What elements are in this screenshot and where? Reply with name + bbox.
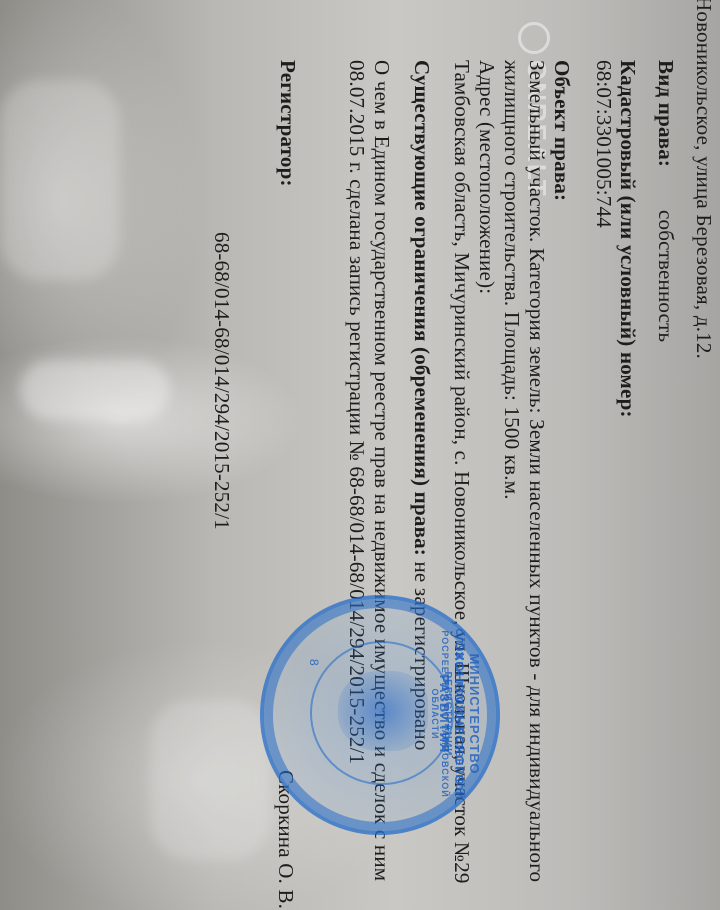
house-logo-icon	[518, 22, 550, 54]
object-description-line1: Земельный участок. Категория земель: Зем…	[524, 60, 549, 882]
registrar-record-number: 68-68/014-68/014/294/2015-252/1	[209, 232, 234, 530]
official-stamp: МИНИСТЕРСТВО ЭКОНОМИЧЕСКОГО РАЗВИТИЯ СЛУ…	[260, 595, 500, 835]
right-type-value: собственность	[653, 210, 678, 342]
address-top-line: Новоникольское, улица Березовая, д.12.	[691, 0, 716, 359]
object-description-line2: жилищного строительства. Площадь: 1500 к…	[499, 60, 524, 500]
coat-of-arms-icon	[338, 671, 428, 751]
cadastral-label: Кадастровый (или условный) номер:	[615, 60, 640, 418]
certificate-document: ONREALT Новоникольское, улица Березовая,…	[0, 0, 720, 910]
address-label: Адрес (местоположение):	[474, 60, 499, 294]
cadastral-number: 68:07:3301005:744	[591, 60, 616, 228]
object-label: Объект права:	[549, 60, 574, 201]
stamp-number: 8	[307, 659, 321, 666]
right-type-label: Вид права:	[653, 60, 678, 167]
restrictions-label: Существующие ограничения (обременения) п…	[410, 60, 434, 556]
registrar-label: Регистратор:	[275, 60, 300, 187]
